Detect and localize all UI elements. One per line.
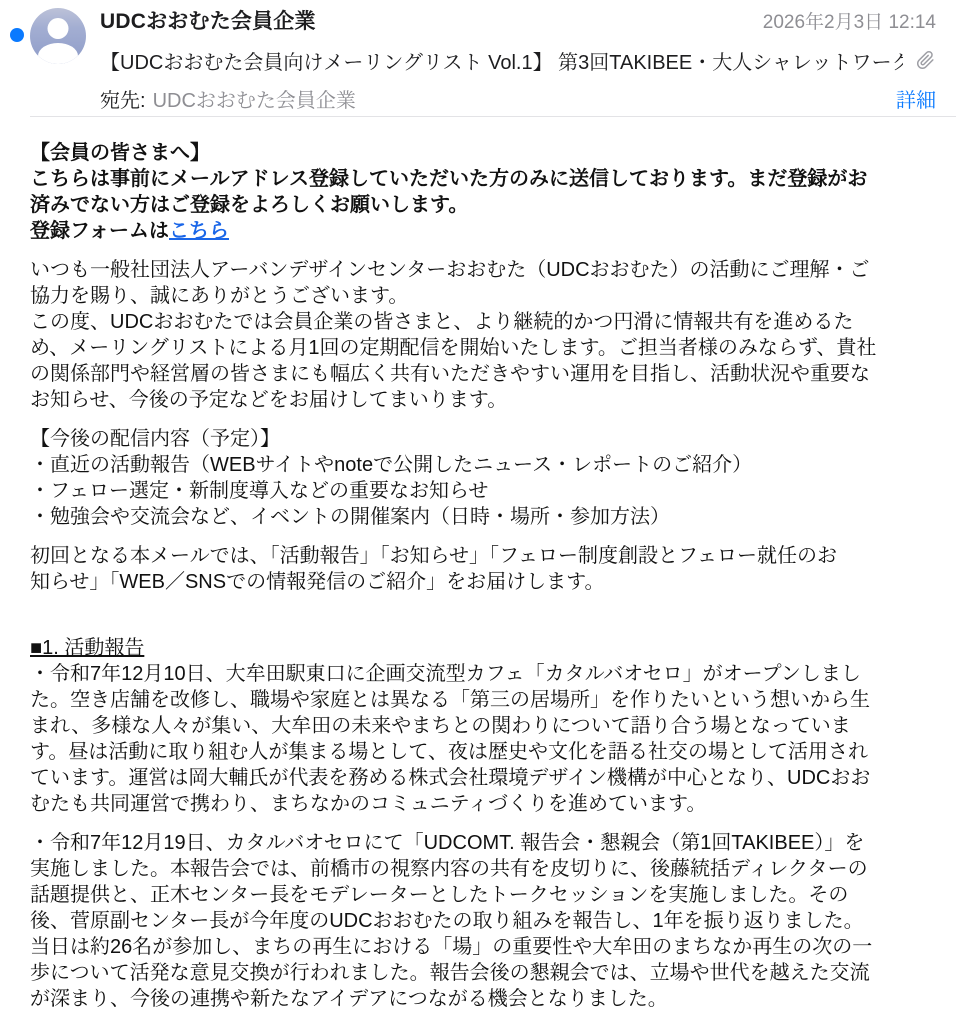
sender-name[interactable]: UDCおおむた会員企業 <box>100 5 316 35</box>
to-field: 宛先:UDCおおむた会員企業 <box>100 84 356 113</box>
activity-report-paragraph-2: ・令和7年12月19日、カタルバオセロにて「UDCOMT. 報告会・懇親会（第1… <box>30 830 930 1012</box>
intro-notice: 【会員の皆さまへ】 こちらは事前にメールアドレス登録していただいた方のみに送信し… <box>30 140 930 244</box>
section1-heading: ■1. 活動報告 <box>30 635 930 661</box>
header-divider <box>30 116 956 117</box>
message-date: 2026年2月3日 12:14 <box>763 7 936 34</box>
upcoming-contents-list: 【今後の配信内容（予定）】 ・直近の活動報告（WEBサイトやnoteで公開したニ… <box>30 426 930 530</box>
intro-notice-text: 【会員の皆さまへ】 こちらは事前にメールアドレス登録していただいた方のみに送信し… <box>30 142 867 242</box>
subject-line: 【UDCおおむた会員向けメーリングリスト Vol.1】 第3回TAKIBEE・大… <box>100 46 903 75</box>
person-icon-shoulders <box>38 43 78 64</box>
unread-indicator-dot <box>10 28 24 42</box>
to-label: 宛先: <box>100 90 146 112</box>
activity-report-paragraph-1: ・令和7年12月10日、大牟田駅東口に企画交流型カフェ「カタルバオセロ」がオープ… <box>30 661 930 817</box>
details-link[interactable]: 詳細 <box>896 84 936 113</box>
attachment-paperclip-icon <box>915 50 936 71</box>
message-header: UDCおおむた会員企業 2026年2月3日 12:14 【UDCおおむた会員向け… <box>0 0 956 117</box>
greeting-paragraph: いつも一般社団法人アーバンデザインセンターおおむた（UDCおおむた）の活動にご理… <box>30 257 930 413</box>
sender-avatar[interactable] <box>30 8 86 64</box>
person-icon <box>48 18 69 39</box>
mail-message-view: { "header": { "sender_name": "UDCおおむた会員企… <box>0 0 956 1024</box>
first-issue-paragraph: 初回となる本メールでは、「活動報告」「お知らせ」「フェロー制度創設とフェロー就任… <box>30 543 930 595</box>
to-recipient[interactable]: UDCおおむた会員企業 <box>153 90 356 112</box>
registration-form-link[interactable]: こちら <box>169 220 229 242</box>
message-body: 【会員の皆さまへ】 こちらは事前にメールアドレス登録していただいた方のみに送信し… <box>0 117 956 1012</box>
